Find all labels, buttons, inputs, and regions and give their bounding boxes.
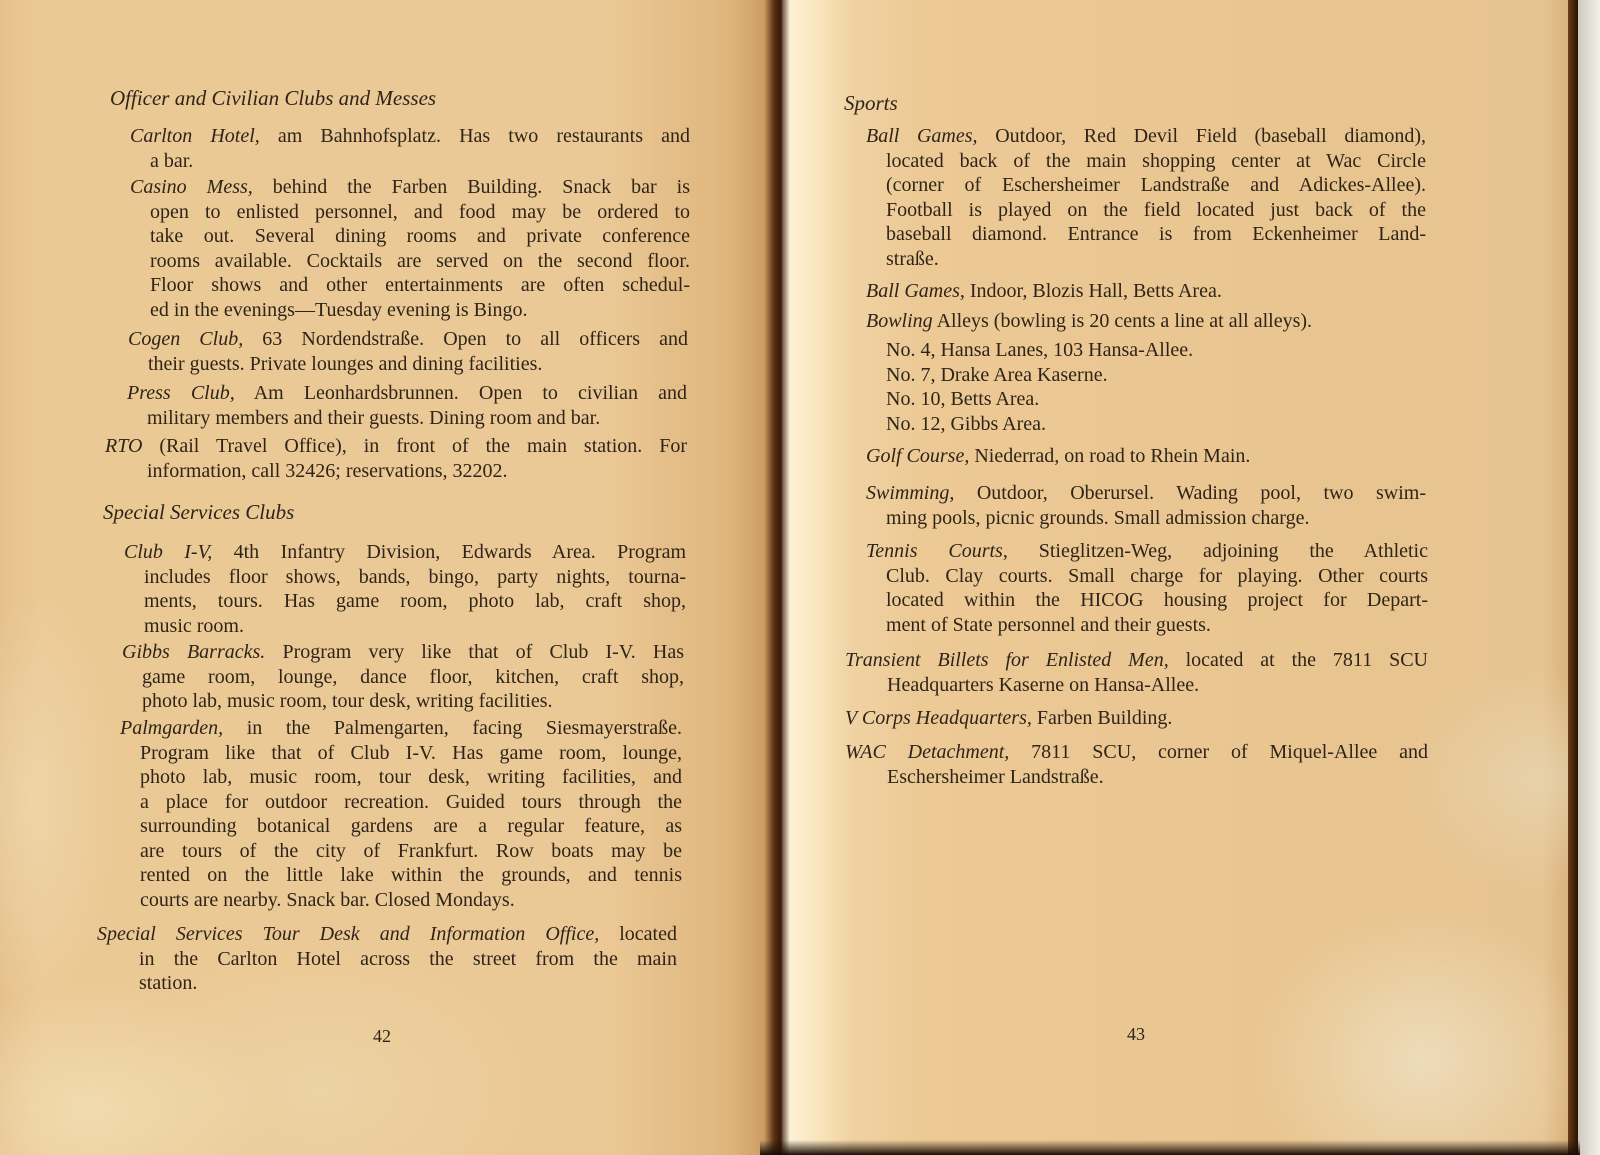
entry-cogen-club: Cogen Club, 63 Nordendstraße. Open to al… — [128, 327, 688, 376]
scan-background — [1578, 0, 1600, 1155]
entry-v-corps-hq: V Corps Headquarters, Farben Building. — [845, 706, 1428, 731]
page-number-right: 43 — [1127, 1024, 1145, 1045]
entry-swimming: Swimming, Outdoor, Oberursel. Wading poo… — [866, 481, 1426, 530]
entry-name: Ball Games, — [866, 280, 965, 302]
entry-name: Swimming, — [866, 482, 954, 504]
entry-wac-detachment: WAC Detachment, 7811 SCU, corner of Miqu… — [845, 740, 1428, 789]
entry-bowling: Bowling Alleys (bowling is 20 cents a li… — [866, 309, 1426, 334]
entry-ball-games-indoor: Ball Games, Indoor, Blozis Hall, Betts A… — [866, 279, 1426, 304]
section-title-sports: Sports — [844, 91, 898, 116]
section-title-officer-clubs: Officer and Civilian Clubs and Messes — [110, 86, 436, 111]
right-page: Sports Ball Games, Outdoor, Red Devil Fi… — [782, 0, 1570, 1155]
list-item: No. 4, Hansa Lanes, 103 Hansa-Allee. — [886, 338, 1193, 363]
page-number-left: 42 — [373, 1026, 391, 1047]
entry-name: Transient Billets for Enlisted Men, — [845, 649, 1169, 671]
page-edge — [1568, 0, 1578, 1155]
list-item: No. 12, Gibbs Area. — [886, 412, 1193, 437]
entry-rto: RTO (Rail Travel Office), in front of th… — [105, 434, 687, 483]
entry-transient-billets: Transient Billets for Enlisted Men, loca… — [845, 648, 1428, 697]
entry-tour-desk: Special Services Tour Desk and Informati… — [97, 922, 677, 996]
entry-palmgarden: Palmgarden, in the Palmengarten, facing … — [120, 716, 682, 912]
entry-name: Golf Course, — [866, 445, 969, 467]
section-title-special-services: Special Services Clubs — [103, 500, 294, 525]
entry-name: WAC Detachment, — [845, 741, 1009, 763]
entry-golf-course: Golf Course, Niederrad, on road to Rhein… — [866, 444, 1426, 469]
entry-tennis-courts: Tennis Courts, Stieglitzen-Weg, adjoinin… — [866, 539, 1428, 637]
entry-name: Club I-V, — [124, 541, 212, 563]
entry-name: Ball Games, — [866, 125, 978, 147]
entry-name: V Corps Headquarters, — [845, 707, 1032, 729]
bowling-alleys-list: No. 4, Hansa Lanes, 103 Hansa-Allee. No.… — [886, 338, 1193, 436]
entry-name: Bowling — [866, 310, 933, 332]
entry-name: Cogen Club, — [128, 328, 243, 350]
cover-edge — [760, 1140, 1580, 1155]
left-page: Officer and Civilian Clubs and Messes Ca… — [0, 0, 782, 1155]
entry-name: Carlton Hotel, — [130, 125, 260, 147]
entry-name: Casino Mess, — [130, 176, 253, 198]
entry-casino-mess: Casino Mess, behind the Farben Building.… — [130, 175, 690, 322]
entry-name: RTO — [105, 435, 142, 457]
entry-press-club: Press Club, Am Leonhardsbrunnen. Open to… — [127, 381, 687, 430]
list-item: No. 7, Drake Area Kaserne. — [886, 363, 1193, 388]
book-spread: Officer and Civilian Clubs and Messes Ca… — [0, 0, 1600, 1155]
entry-ball-games-outdoor: Ball Games, Outdoor, Red Devil Field (ba… — [866, 124, 1426, 271]
entry-carlton-hotel: Carlton Hotel, am Bahnhofsplatz. Has two… — [130, 124, 690, 173]
entry-name: Tennis Courts, — [866, 540, 1008, 562]
entry-name: Special Services Tour Desk and Informati… — [97, 923, 599, 945]
entry-name: Gibbs Barracks. — [122, 641, 265, 663]
book-spine — [764, 0, 790, 1155]
entry-gibbs-barracks: Gibbs Barracks. Program very like that o… — [122, 640, 684, 714]
entry-name: Press Club, — [127, 382, 235, 404]
list-item: No. 10, Betts Area. — [886, 387, 1193, 412]
entry-name: Palmgarden, — [120, 717, 223, 739]
entry-club-i-v: Club I-V, 4th Infantry Division, Edwards… — [124, 540, 686, 638]
